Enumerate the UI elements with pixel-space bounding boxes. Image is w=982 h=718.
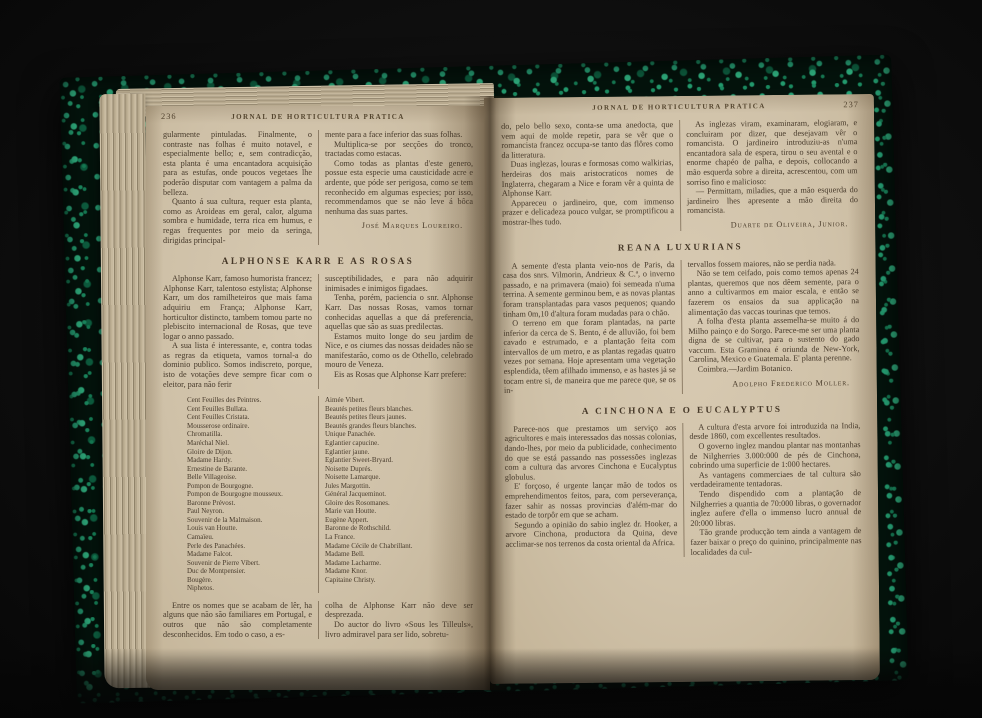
intro-col2-paragraphs: mente para a face inferior das suas folh…: [325, 130, 473, 216]
paragraph: A semente d'esta planta veio-nos de Pari…: [503, 260, 676, 319]
karr-column-2: susceptibilidades, e para não adquirir i…: [318, 274, 475, 389]
rose-name: Ernestine de Barante.: [187, 465, 312, 474]
rose-name: Unique Panachée.: [325, 430, 473, 439]
karr-column-1: Alphonse Karr, famoso humorista francez;…: [161, 274, 318, 389]
rose-name: Eugène Appert.: [325, 516, 473, 525]
right-page-header: JORNAL DE HORTICULTURA PRATICA 237: [499, 100, 859, 113]
rose-name: Maréchal Niel.: [187, 439, 312, 448]
paragraph: Quanto á sua cultura, requer esta planta…: [163, 197, 312, 245]
rose-name: Louis van Houtte.: [187, 524, 312, 533]
rose-name: Mousserose ordinaire.: [187, 422, 312, 431]
rose-name: Madame Lacharme.: [325, 559, 473, 568]
reana-columns: A semente d'esta planta veio-nos de Pari…: [501, 258, 862, 396]
rose-name: Beautés petites fleurs blanches.: [325, 405, 473, 414]
paragraph: A folha d'esta planta assemelha-se muito…: [688, 315, 859, 365]
page-edges-left: [99, 94, 150, 688]
section-title-cinchona-eucalyptus: A CINCHONA E O EUCALYPTUS: [502, 403, 862, 417]
paragraph: Não se tem ceifado, pois como temos apen…: [688, 267, 859, 317]
rose-name: Souvenir de Pierre Vibert.: [187, 559, 312, 568]
rose-name: Madame Cécile de Chabrillant.: [325, 542, 473, 551]
rose-name: Jules Margottin.: [325, 482, 473, 491]
rose-name: Capitaine Christy.: [325, 576, 473, 585]
rose-name: Niphetos.: [187, 584, 312, 593]
right-page-number: 237: [825, 100, 859, 109]
journal-running-title: JORNAL DE HORTICULTURA PRATICA: [533, 101, 825, 112]
cinchona-column-2: A cultura d'esta arvore foi introduzida …: [682, 421, 863, 557]
rose-name: Chromatilla.: [187, 430, 312, 439]
paragraph: Segundo a opinião do sabio inglez dr. Ho…: [505, 519, 677, 550]
rose-name: Cent Feuilles des Peintres.: [187, 396, 312, 405]
paragraph: mente para a face inferior das suas folh…: [325, 130, 473, 140]
rose-name: Perle des Panachées.: [187, 542, 312, 551]
paragraph: Tão grande producção tem ainda a vantage…: [690, 526, 861, 557]
left-page-content: 236 JORNAL DE HORTICULTURA PRATICA gular…: [161, 112, 475, 682]
paragraph: colha de Alphonse Karr não deve ser desp…: [325, 601, 473, 620]
rose-name: Pompon de Bourgogne.: [187, 482, 312, 491]
right-page-content: JORNAL DE HORTICULTURA PRATICA 237 do, p…: [499, 100, 865, 676]
rose-list-1: Cent Feuilles des Peintres.Cent Feuilles…: [161, 396, 318, 593]
paragraph: Tenha, porém, paciencia o snr. Alphonse …: [325, 293, 473, 331]
rose-name: Cent Feuilles Bullata.: [187, 405, 312, 414]
section-title-reana-luxurians: REANA LUXURIANS: [500, 240, 860, 254]
intro-column-2: mente para a face inferior das suas folh…: [318, 130, 475, 245]
karr-columns: Alphonse Karr, famoso humorista francez;…: [161, 274, 475, 389]
photo-scene: 236 JORNAL DE HORTICULTURA PRATICA gular…: [0, 0, 982, 718]
paragraph: O terreno em que foram plantadas, na par…: [503, 317, 676, 396]
karr-col1-paragraphs: Alphonse Karr, famoso humorista francez;…: [163, 274, 312, 389]
reana-column-1: A semente d'esta planta veio-nos de Pari…: [501, 260, 682, 396]
cinchona-column-1: Parece-nos que prestamos um serviço aos …: [502, 423, 683, 559]
closing-columns: Entre os nomes que se acabam de lêr, ha …: [161, 601, 475, 639]
left-page: 236 JORNAL DE HORTICULTURA PRATICA gular…: [146, 106, 490, 690]
paragraph: Como todas as plantas d'este genero, pos…: [325, 159, 473, 217]
paragraph: Entre os nomes que se acabam de lêr, ha …: [163, 601, 312, 639]
rose-name: Duc de Montpensier.: [187, 567, 312, 576]
rose-name: Marie van Houtte.: [325, 507, 473, 516]
karr-cont-column-1: do, pelo bello sexo, conta-se uma anedoc…: [499, 120, 680, 232]
rose-name: Baronne de Rothschild.: [325, 524, 473, 533]
cinchona-col1-paragraphs: Parece-nos que prestamos um serviço aos …: [504, 423, 677, 550]
paragraph: A cultura d'esta arvore foi introduzida …: [689, 421, 860, 442]
karr-cont-col2-paragraphs: As inglezas viram, examinaram, elogiaram…: [686, 118, 858, 216]
rose-list-2: Aimée Vibert.Beautés petites fleurs blan…: [318, 396, 475, 593]
rose-name: Eglantier Sweet-Bryard.: [325, 456, 473, 465]
cinchona-col2-paragraphs: A cultura d'esta arvore foi introduzida …: [689, 421, 861, 557]
author-signature: Adolpho Frederico Moller.: [689, 378, 860, 389]
paragraph: As inglezas viram, examinaram, elogiaram…: [686, 118, 858, 187]
closing-column-2: colha de Alphonse Karr não deve ser desp…: [318, 601, 475, 639]
karr-continuation-columns: do, pelo bello sexo, conta-se uma anedoc…: [499, 118, 860, 232]
rose-name: Madame Falcot.: [187, 550, 312, 559]
rose-name: Noisette Duprés.: [325, 465, 473, 474]
journal-running-title: JORNAL DE HORTICULTURA PRATICA: [195, 113, 441, 121]
closing-column-1: Entre os nomes que se acabam de lêr, ha …: [161, 601, 318, 639]
reana-col2-paragraphs: tervallos fossem maiores, não se perdia …: [688, 258, 860, 375]
left-page-header: 236 JORNAL DE HORTICULTURA PRATICA: [161, 112, 475, 121]
rose-name: Noisette Lamarque.: [325, 473, 473, 482]
paragraph: do, pelo bello sexo, conta-se uma anedoc…: [501, 120, 673, 160]
karr-col2-paragraphs: susceptibilidades, e para não adquirir i…: [325, 274, 473, 380]
author-signature: Duarte de Oliveira, Junior.: [687, 219, 858, 230]
rose-name: Camaïeu.: [187, 533, 312, 542]
rose-name: Gloire de Dijon.: [187, 448, 312, 457]
rose-list-columns: Cent Feuilles des Peintres.Cent Feuilles…: [161, 396, 475, 593]
paragraph: Tendo dispendido com a plantação de Nilg…: [690, 488, 861, 528]
paragraph: O governo inglez mandou plantar nas mont…: [689, 440, 860, 471]
rose-name: Aimée Vibert.: [325, 396, 473, 405]
karr-cont-col1-paragraphs: do, pelo bello sexo, conta-se uma anedoc…: [501, 120, 674, 227]
paragraph: As vantagens commerciaes de tal cultura …: [690, 469, 861, 490]
rose-name: Eglantier capucine.: [325, 439, 473, 448]
paragraph: Multiplica-se por secções do tronco, tra…: [325, 140, 473, 159]
paragraph: Appareceu o jardineiro, que, com immenso…: [502, 197, 674, 228]
paragraph: Eis as Rosas que Alphonse Karr prefere:: [325, 370, 473, 380]
left-page-number: 236: [161, 112, 195, 121]
intro-col1-paragraphs: gularmente pintuladas. Finalmente, o con…: [163, 130, 312, 245]
rose-name: Madame Hardy.: [187, 456, 312, 465]
rose-name: Cent Feuilles Cristata.: [187, 413, 312, 422]
rose-name: Pompon de Bourgogne mousseux.: [187, 490, 312, 499]
paragraph: Duas inglezas, louras e formosas como wa…: [502, 158, 674, 198]
rose-name: Belle Villageoise.: [187, 473, 312, 482]
cinchona-columns: Parece-nos que prestamos um serviço aos …: [502, 421, 863, 559]
rose-name: Bougère.: [187, 576, 312, 585]
paragraph: Parece-nos que prestamos um serviço aos …: [504, 423, 677, 482]
karr-cont-column-2: As inglezas viram, examinaram, elogiaram…: [679, 118, 860, 230]
rose-name: Souvenir de la Malmaison.: [187, 516, 312, 525]
rose-name: Général Jacqueminot.: [325, 490, 473, 499]
rose-name: Baronne Prévost.: [187, 499, 312, 508]
section-title-alphonse-karr: ALPHONSE KARR E AS ROSAS: [161, 256, 475, 266]
paragraph: gularmente pintuladas. Finalmente, o con…: [163, 130, 312, 197]
rose-name: Paul Neyron.: [187, 507, 312, 516]
rose-name: Gloire des Rosomanes.: [325, 499, 473, 508]
right-page: JORNAL DE HORTICULTURA PRATICA 237 do, p…: [484, 94, 880, 684]
author-signature: José Marques Loureiro.: [325, 221, 473, 231]
reana-col1-paragraphs: A semente d'esta planta veio-nos de Pari…: [503, 260, 676, 396]
paragraph: Coimbra.—Jardim Botanico.: [689, 363, 860, 374]
rose-name: Beautés grandes fleurs blanches.: [325, 422, 473, 431]
rose-name: Madame Knor.: [325, 567, 473, 576]
paragraph: Do auctor do livro «Sous les Tilleuls», …: [325, 620, 473, 639]
intro-column-1: gularmente pintuladas. Finalmente, o con…: [161, 130, 318, 245]
rose-name: Beautés petites fleurs jaunes.: [325, 413, 473, 422]
paragraph: — Permittam, miladies, que a mão esquerd…: [687, 185, 858, 216]
paragraph: Estamos muito longe do seu jardim de Nic…: [325, 332, 473, 370]
paragraph: susceptibilidades, e para não adquirir i…: [325, 274, 473, 293]
rose-name: Madame Bell.: [325, 550, 473, 559]
paragraph: E' forçoso, é urgente lançar mão de todo…: [505, 480, 677, 520]
rose-name: La France.: [325, 533, 473, 542]
paragraph: A sua lista é interessante, e, contra to…: [163, 341, 312, 389]
paragraph: Alphonse Karr, famoso humorista francez;…: [163, 274, 312, 341]
intro-columns: gularmente pintuladas. Finalmente, o con…: [161, 130, 475, 245]
rose-name: Eglantier jaune.: [325, 448, 473, 457]
reana-column-2: tervallos fossem maiores, não se perdia …: [681, 258, 862, 394]
